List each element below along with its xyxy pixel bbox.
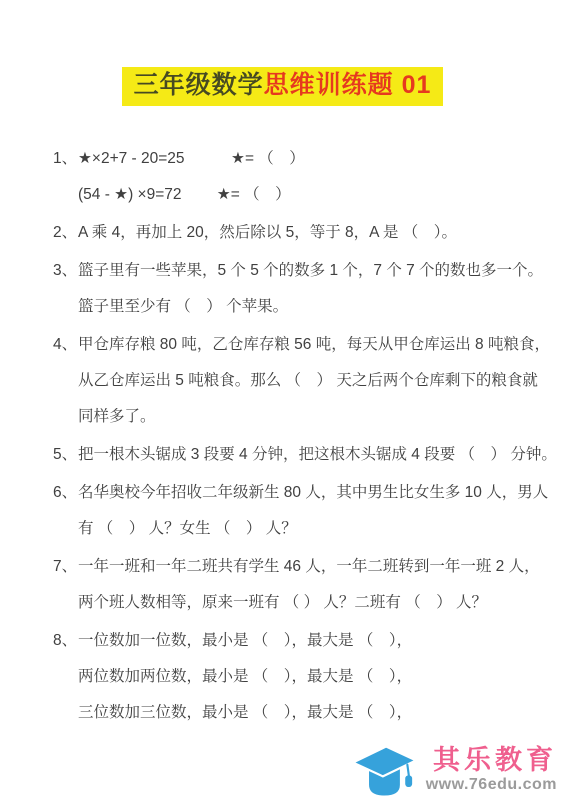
brand-logo: 其乐教育 www.76edu.com bbox=[352, 740, 557, 800]
question-text: 篮子里有一些苹果，5 个 5 个的数多 1 个，7 个 7 个的数也多一个。 bbox=[78, 258, 543, 280]
question-text: 把一根木头锯成 3 段要 4 分钟，把这根木头锯成 4 段要 （ ） 分钟。 bbox=[78, 442, 557, 464]
question-line: 同样多了。 bbox=[0, 397, 565, 433]
question-line: 2、 A 乘 4，再加上 20，然后除以 5，等于 8，A 是 （ ）。 bbox=[0, 213, 565, 249]
question-text: 同样多了。 bbox=[78, 404, 156, 426]
question-line: 6、 名华奥校今年招收二年级新生 80 人，其中男生比女生多 10 人，男人 bbox=[0, 473, 565, 509]
question-line: 有 （ ） 人？女生 （ ） 人？ bbox=[0, 509, 565, 545]
question-line: 8、 一位数加一位数，最小是 （ ），最大是 （ ）， bbox=[0, 621, 565, 657]
question-8: 8、 一位数加一位数，最小是 （ ），最大是 （ ）， 两位数加两位数，最小是 … bbox=[0, 621, 565, 729]
question-text: 两个班人数相等，原来一班有 （ ） 人？二班有 （ ） 人？ bbox=[78, 590, 487, 612]
question-number: 2、 bbox=[53, 220, 78, 242]
title-red-text: 思维训练题 01 bbox=[264, 71, 432, 99]
question-number: 1、 bbox=[53, 146, 78, 168]
page-title: 三年级数学思维训练题 01 bbox=[122, 67, 444, 106]
logo-website: www.76edu.com bbox=[426, 776, 557, 794]
question-text: 有 （ ） 人？女生 （ ） 人？ bbox=[78, 516, 297, 538]
question-text: 名华奥校今年招收二年级新生 80 人，其中男生比女生多 10 人，男人 bbox=[78, 480, 548, 502]
question-text: 一位数加一位数，最小是 （ ），最大是 （ ）， bbox=[78, 628, 412, 650]
title-area: 三年级数学思维训练题 01 bbox=[0, 0, 565, 106]
question-line: 篮子里至少有 （ ） 个苹果。 bbox=[0, 287, 565, 323]
question-line: 1、 ★×2+7 - 20=25 ★= （ ） bbox=[0, 139, 565, 175]
question-4: 4、 甲仓库存粮 80 吨，乙仓库存粮 56 吨，每天从甲仓库运出 8 吨粮食，… bbox=[0, 325, 565, 433]
question-3: 3、 篮子里有一些苹果，5 个 5 个的数多 1 个，7 个 7 个的数也多一个… bbox=[0, 251, 565, 323]
question-number: 7、 bbox=[53, 554, 78, 576]
question-text: 甲仓库存粮 80 吨，乙仓库存粮 56 吨，每天从甲仓库运出 8 吨粮食， bbox=[78, 332, 550, 354]
question-line: 4、 甲仓库存粮 80 吨，乙仓库存粮 56 吨，每天从甲仓库运出 8 吨粮食， bbox=[0, 325, 565, 361]
question-7: 7、 一年一班和一年二班共有学生 46 人，一年二班转到一年一班 2 人， 两个… bbox=[0, 547, 565, 619]
question-text: 篮子里至少有 （ ） 个苹果。 bbox=[78, 294, 288, 316]
question-line: 从乙仓库运出 5 吨粮食。那么 （ ） 天之后两个仓库剩下的粮食就 bbox=[0, 361, 565, 397]
question-number: 3、 bbox=[53, 258, 78, 280]
graduation-cap-icon bbox=[352, 740, 418, 800]
question-text: 从乙仓库运出 5 吨粮食。那么 （ ） 天之后两个仓库剩下的粮食就 bbox=[78, 368, 538, 390]
title-dark-text: 三年级数学 bbox=[134, 71, 264, 99]
question-line: 三位数加三位数，最小是 （ ），最大是 （ ）， bbox=[0, 693, 565, 729]
question-line: 两个班人数相等，原来一班有 （ ） 人？二班有 （ ） 人？ bbox=[0, 583, 565, 619]
question-number: 6、 bbox=[53, 480, 78, 502]
question-line: 两位数加两位数，最小是 （ ），最大是 （ ）， bbox=[0, 657, 565, 693]
question-text: 三位数加三位数，最小是 （ ），最大是 （ ）， bbox=[78, 700, 412, 722]
question-line: 7、 一年一班和一年二班共有学生 46 人，一年二班转到一年一班 2 人， bbox=[0, 547, 565, 583]
question-number: 8、 bbox=[53, 628, 78, 650]
question-text: (54 - ★) ×9=72 ★= （ ） bbox=[78, 182, 291, 204]
question-text: 两位数加两位数，最小是 （ ），最大是 （ ）， bbox=[78, 664, 412, 686]
question-2: 2、 A 乘 4，再加上 20，然后除以 5，等于 8，A 是 （ ）。 bbox=[0, 213, 565, 249]
question-line: 3、 篮子里有一些苹果，5 个 5 个的数多 1 个，7 个 7 个的数也多一个… bbox=[0, 251, 565, 287]
question-number: 4、 bbox=[53, 332, 78, 354]
question-list: 1、 ★×2+7 - 20=25 ★= （ ） (54 - ★) ×9=72 ★… bbox=[0, 139, 565, 729]
question-6: 6、 名华奥校今年招收二年级新生 80 人，其中男生比女生多 10 人，男人 有… bbox=[0, 473, 565, 545]
question-line: (54 - ★) ×9=72 ★= （ ） bbox=[0, 175, 565, 211]
question-5: 5、 把一根木头锯成 3 段要 4 分钟，把这根木头锯成 4 段要 （ ） 分钟… bbox=[0, 435, 565, 471]
question-text: 一年一班和一年二班共有学生 46 人，一年二班转到一年一班 2 人， bbox=[78, 554, 540, 576]
question-text: ★×2+7 - 20=25 ★= （ ） bbox=[78, 146, 305, 168]
logo-text-block: 其乐教育 www.76edu.com bbox=[426, 746, 557, 794]
question-text: A 乘 4，再加上 20，然后除以 5，等于 8，A 是 （ ）。 bbox=[78, 220, 457, 242]
question-line: 5、 把一根木头锯成 3 段要 4 分钟，把这根木头锯成 4 段要 （ ） 分钟… bbox=[0, 435, 565, 471]
question-number: 5、 bbox=[53, 442, 78, 464]
worksheet-page: 三年级数学思维训练题 01 1、 ★×2+7 - 20=25 ★= （ ） (5… bbox=[0, 0, 565, 800]
question-1: 1、 ★×2+7 - 20=25 ★= （ ） (54 - ★) ×9=72 ★… bbox=[0, 139, 565, 211]
logo-brand-name: 其乐教育 bbox=[426, 746, 557, 774]
